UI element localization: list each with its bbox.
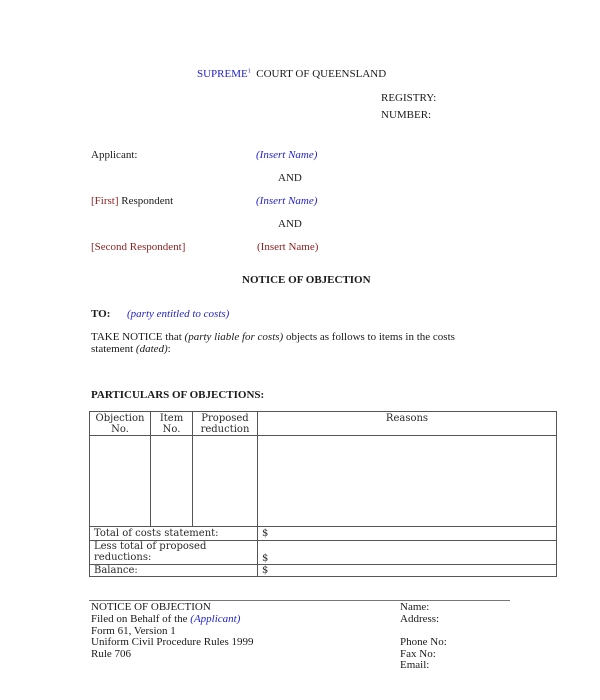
notice-text: objects as follows to items in the costs [283,331,455,343]
and-separator-1: AND [278,172,302,185]
total-label: Total of costs statement: [90,527,258,541]
first-respondent-label: [First] Respondent [91,195,173,208]
applicant-label: Applicant: [91,149,137,162]
first-respondent-name-placeholder: (Insert Name) [256,195,317,208]
and-separator-2: AND [278,218,302,231]
less-reductions-value[interactable]: $ [258,541,557,565]
footer-address-label: Address: [400,613,439,626]
applicant-name-placeholder: (Insert Name) [256,149,317,162]
second-respondent-label: [Second Respondent] [91,241,185,254]
second-respondent-name-placeholder: (Insert Name) [257,241,318,254]
dated-placeholder: (dated) [136,343,168,355]
court-title: SUPREME1 COURT OF QUEENSLAND [197,68,386,81]
objections-table: ObjectionNo. ItemNo. Proposedreduction R… [89,411,557,577]
respondent-word: Respondent [121,195,173,207]
col-objection-no: ObjectionNo. [90,412,151,436]
footnote-marker: 1 [248,68,251,74]
particulars-heading: PARTICULARS OF OBJECTIONS: [91,389,264,402]
footer-email-label: Email: [400,659,429,672]
less-reductions-row: Less total of proposedreductions: $ [90,541,557,565]
col-item-no: ItemNo. [151,412,193,436]
to-label: TO: [91,308,110,321]
objection-no-cell[interactable] [90,436,151,527]
balance-value[interactable]: $ [258,565,557,577]
to-party-placeholder: (party entitled to costs) [127,308,229,321]
court-prefix: SUPREME [197,68,248,80]
total-value[interactable]: $ [258,527,557,541]
notice-text: TAKE NOTICE that [91,331,185,343]
less-reductions-label: Less total of proposedreductions: [90,541,258,565]
col-reasons: Reasons [258,412,557,436]
total-row: Total of costs statement: $ [90,527,557,541]
party-liable-placeholder: (party liable for costs) [185,331,284,343]
col-proposed-reduction: Proposedreduction [193,412,258,436]
first-bracket: [First] [91,195,119,207]
reasons-cell[interactable] [258,436,557,527]
notice-text: statement [91,343,136,355]
document-title: NOTICE OF OBJECTION [242,274,371,287]
proposed-reduction-cell[interactable] [193,436,258,527]
balance-label: Balance: [90,565,258,577]
filed-party-placeholder: (Applicant) [190,613,240,625]
item-no-cell[interactable] [151,436,193,527]
registry-label: REGISTRY: [381,92,436,105]
table-row [90,436,557,527]
court-name: COURT OF QUEENSLAND [256,68,386,80]
notice-line-2: statement (dated): [91,343,171,356]
notice-text: : [168,343,171,355]
balance-row: Balance: $ [90,565,557,577]
number-label: NUMBER: [381,109,431,122]
table-header-row: ObjectionNo. ItemNo. Proposedreduction R… [90,412,557,436]
filed-text: Filed on Behalf of the [91,613,190,625]
footer-rule-number: Rule 706 [91,648,131,661]
